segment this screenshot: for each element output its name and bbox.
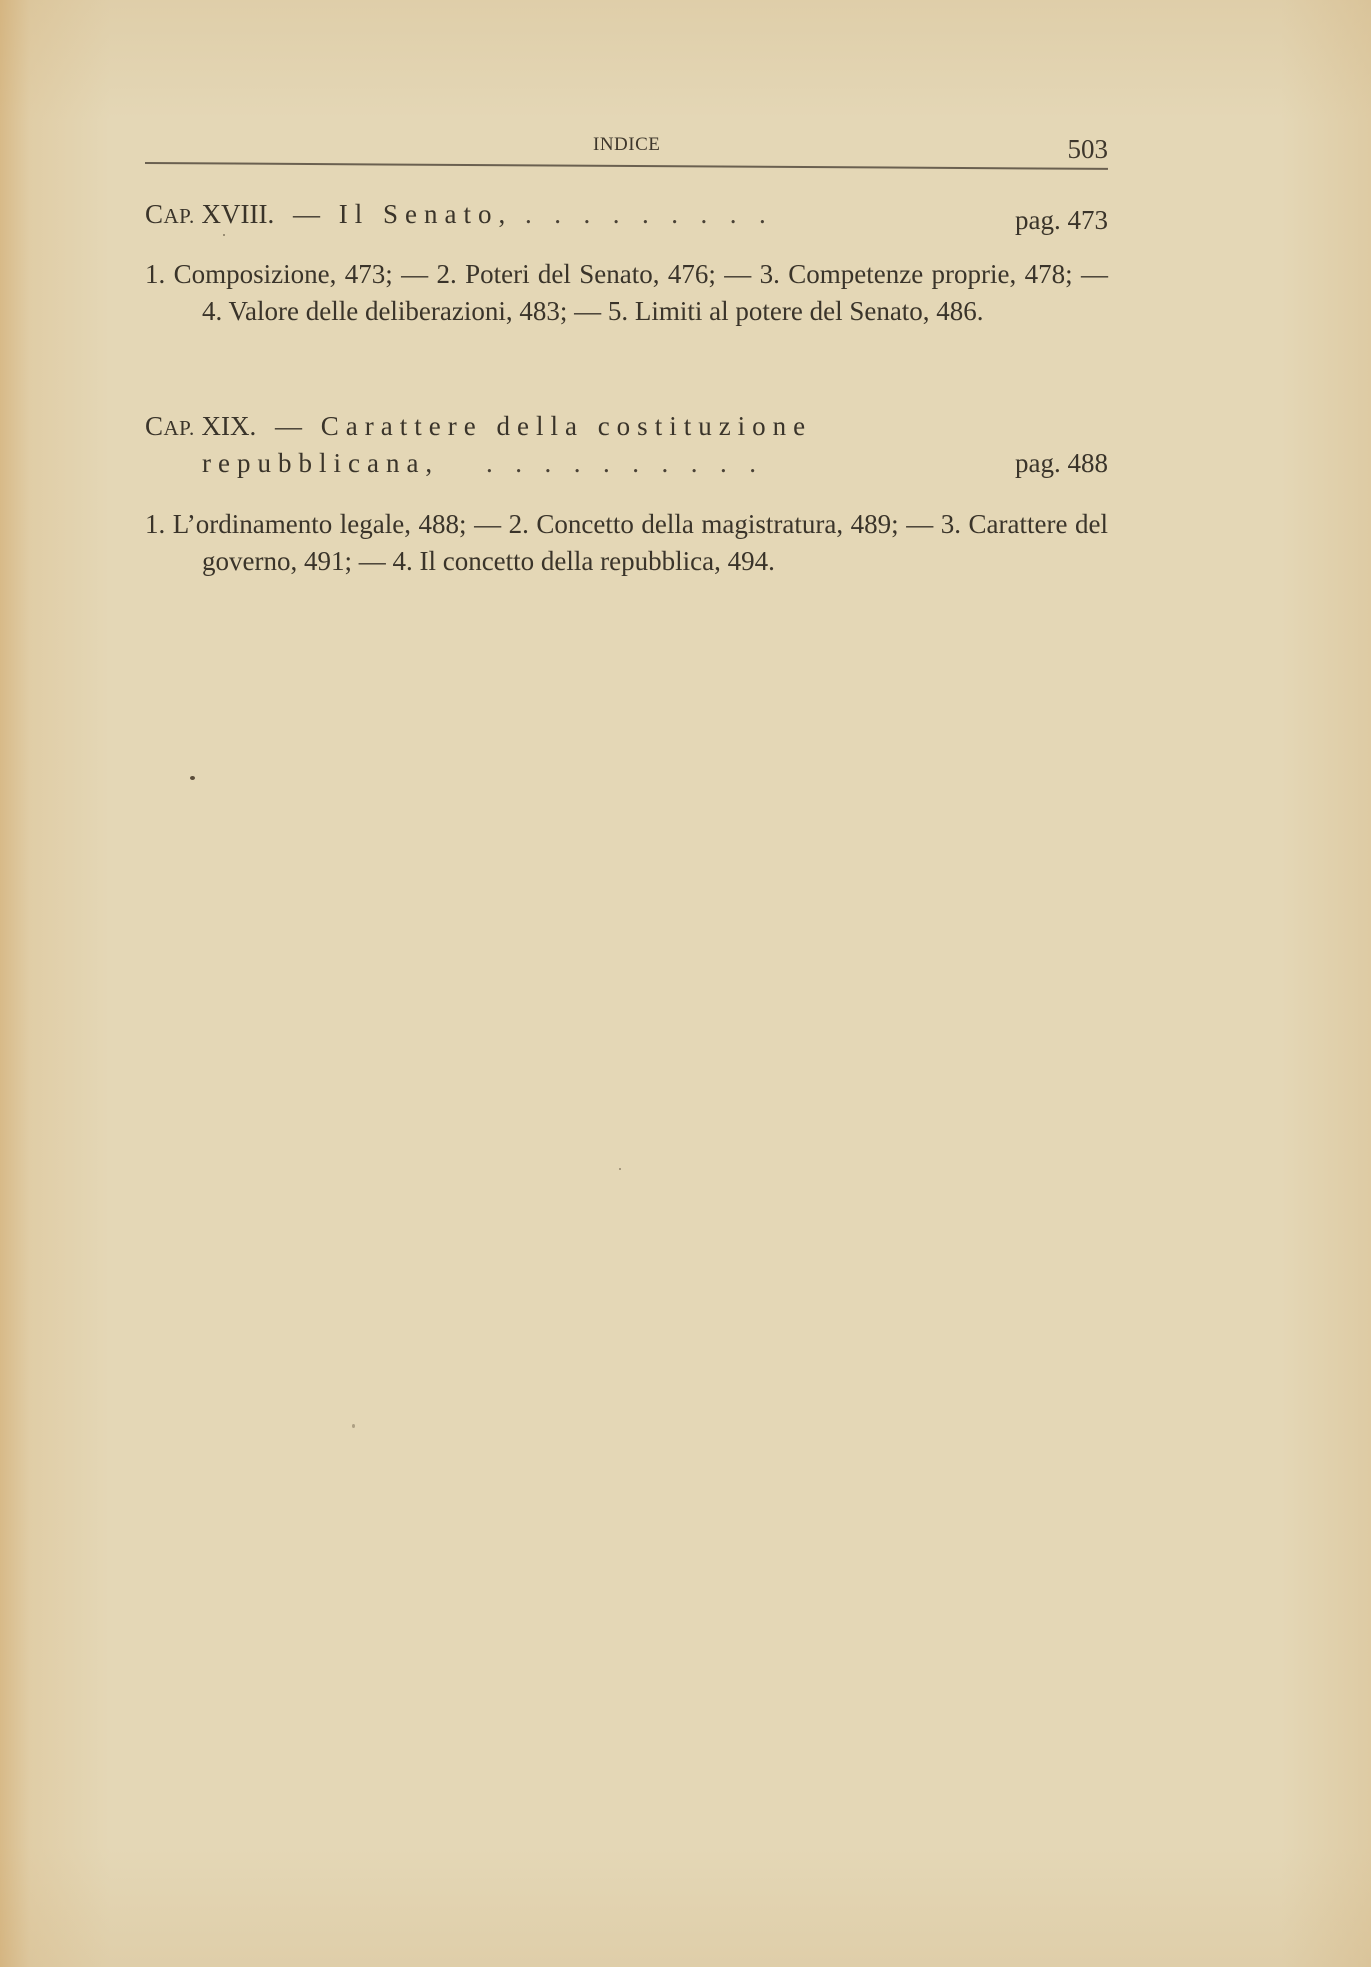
chapter-heading-continuation: repubblicana, . . . . . . . . . . pag. 4… bbox=[145, 445, 1108, 482]
header-rule bbox=[145, 162, 1108, 170]
chapter-number: XIX. bbox=[202, 411, 257, 441]
chapter-dash: — bbox=[293, 199, 320, 229]
chapter-heading: CAP. XVIII. — Il Senato, . . . . . . . .… bbox=[145, 196, 1108, 233]
dot-leaders: . . . . . . . . . . bbox=[486, 448, 759, 478]
paper-speck bbox=[190, 776, 195, 780]
paper-speck bbox=[619, 1168, 621, 1170]
running-head-title: INDICE bbox=[593, 134, 660, 156]
chapter-entry-xviii: CAP. XVIII. — Il Senato, . . . . . . . .… bbox=[145, 196, 1108, 233]
paper-speck bbox=[352, 1424, 355, 1428]
chapter-label: CAP. bbox=[145, 411, 195, 441]
chapter-entry-xix: CAP. XIX. — Carattere della costituzione… bbox=[145, 408, 1108, 482]
dot-leaders: . . . . . . . . . bbox=[525, 199, 769, 229]
chapter-title: Il Senato, bbox=[339, 199, 512, 229]
chapter-number: XVIII. bbox=[202, 199, 275, 229]
chapter-page-ref: pag. 473 bbox=[1015, 202, 1108, 239]
chapter-title-continued: repubblicana, bbox=[202, 448, 439, 478]
chapter-sections-xix: 1. L’ordinamento legale, 488; — 2. Conce… bbox=[145, 506, 1108, 580]
chapter-page-ref: pag. 488 bbox=[1015, 445, 1108, 482]
page-number: 503 bbox=[1068, 134, 1109, 165]
chapter-sections-xviii: 1. Composizione, 473; — 2. Poteri del Se… bbox=[145, 256, 1108, 330]
running-head: INDICE 503 bbox=[145, 128, 1108, 168]
chapter-title: Carattere della costituzione bbox=[321, 411, 812, 441]
book-page: INDICE 503 CAP. XVIII. — Il Senato, . . … bbox=[0, 0, 1371, 1967]
chapter-dash: — bbox=[275, 411, 302, 441]
chapter-heading: CAP. XIX. — Carattere della costituzione bbox=[145, 408, 1108, 445]
paper-speck bbox=[223, 234, 225, 236]
chapter-label: CAP. bbox=[145, 199, 195, 229]
